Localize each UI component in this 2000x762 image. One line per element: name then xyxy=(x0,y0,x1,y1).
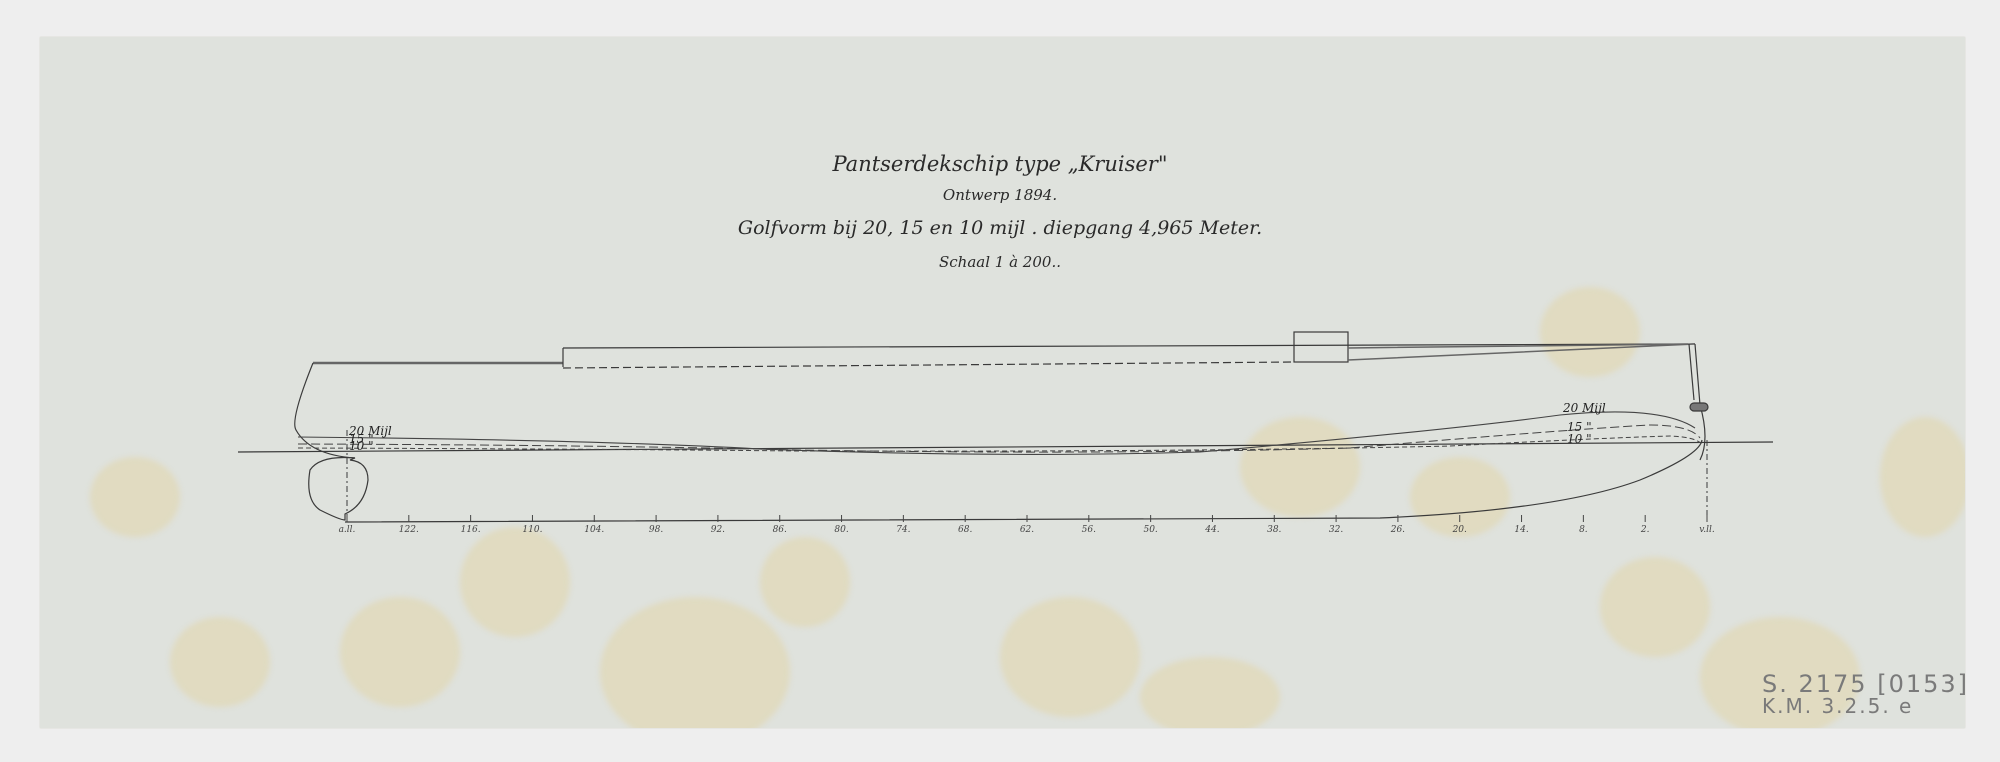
station-label: 32. xyxy=(1329,525,1343,535)
station-label: 104. xyxy=(584,525,604,535)
archive-mark-line-2: K.M. 3.2.5. e xyxy=(1762,694,1913,718)
station-label: 80. xyxy=(834,525,848,535)
station-label: 110. xyxy=(522,525,542,535)
station-label: 2. xyxy=(1640,525,1650,535)
station-label: 38. xyxy=(1267,525,1281,535)
station-label: 74. xyxy=(896,525,910,535)
station-label: 116. xyxy=(461,525,481,535)
hull-profile-drawing: Pantserdekschip type „Kruiser" Ontwerp 1… xyxy=(0,0,2000,762)
station-label: 68. xyxy=(958,525,972,535)
station-scale: a.ll.122.116.110.104.98.92.86.80.74.68.6… xyxy=(339,515,1715,535)
hull-outline xyxy=(295,332,1708,522)
station-label: 98. xyxy=(649,525,663,535)
wave-profiles xyxy=(298,412,1702,454)
title-line-2: Ontwerp 1894. xyxy=(943,186,1057,204)
station-label: a.ll. xyxy=(339,525,356,535)
station-label: 44. xyxy=(1204,525,1219,535)
wave-15-mijl xyxy=(298,425,1700,452)
bow-label-20: 20 Mijl xyxy=(1562,401,1606,415)
station-label: 20. xyxy=(1452,525,1467,535)
station-label: 56. xyxy=(1082,525,1096,535)
wave-10-mijl xyxy=(298,436,1702,451)
station-label: 50. xyxy=(1143,525,1157,535)
station-label: 26. xyxy=(1390,525,1405,535)
stern-label-10: 10 " xyxy=(349,439,374,453)
title-line-3: Golfvorm bij 20, 15 en 10 mijl . diepgan… xyxy=(738,217,1262,239)
station-label: 62. xyxy=(1020,525,1034,535)
station-label: 14. xyxy=(1514,525,1528,535)
archive-mark-line-1: S. 2175 [0153] xyxy=(1762,672,1969,696)
station-label: v.ll. xyxy=(1699,525,1715,535)
title-line-4: Schaal 1 à 200.. xyxy=(939,253,1061,271)
station-label: 86. xyxy=(773,525,787,535)
title-line-1: Pantserdekschip type „Kruiser" xyxy=(831,152,1167,176)
wave-20-mijl xyxy=(298,412,1695,454)
station-label: 92. xyxy=(711,525,725,535)
bow-label-10: 10 " xyxy=(1567,432,1592,446)
station-label: 8. xyxy=(1579,525,1588,535)
waterline xyxy=(238,442,1773,452)
station-label: 122. xyxy=(399,525,419,535)
